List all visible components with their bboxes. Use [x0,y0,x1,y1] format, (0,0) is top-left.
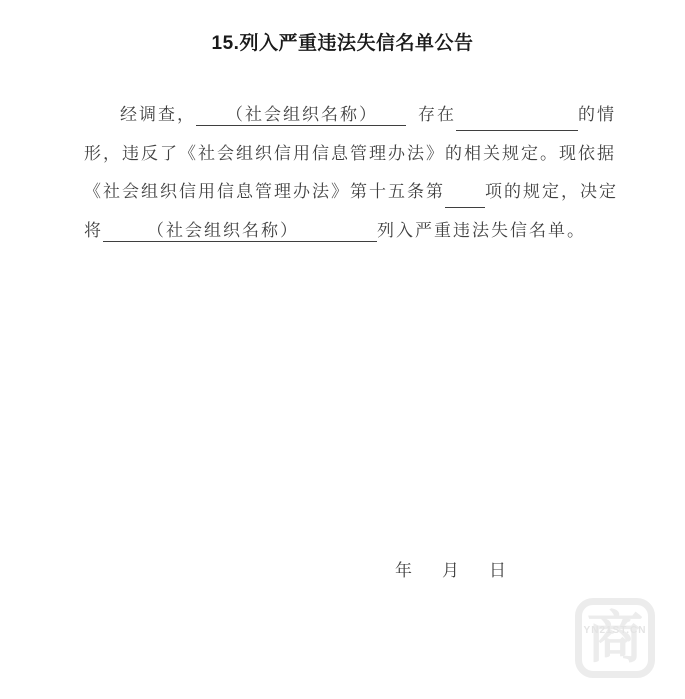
blank-underline-segment [196,118,226,120]
blank-underline-segment [299,234,377,236]
watermark-site-text: YN21ST.CN [582,625,648,636]
line3-tail-text: 项的规定，决定 [485,182,618,201]
blank-underline-segment [378,118,406,120]
year-label: 年 [395,556,414,581]
blank-underline-segment [445,200,485,202]
line2-text: 形，违反了《社会组织信用信息管理办法》的相关规定。现依据 [84,144,616,163]
clause-item-blank-field [445,187,485,208]
line3-lead-text: 《社会组织信用信息管理办法》第十五条第 [84,182,445,201]
org-name-blank-field-1: （社会组织名称） [196,105,406,126]
line1-tail-text: 的情 [578,105,616,124]
paragraph-line-1: 经调查，（社会组织名称）存在的情 [84,96,624,135]
month-label: 月 [442,556,461,581]
org-name-placeholder-1: （社会组织名称） [226,105,378,124]
document-page: 15.列入严重违法失信名单公告 经调查，（社会组织名称）存在的情 形，违反了《社… [0,0,685,699]
paragraph-line-2: 形，违反了《社会组织信用信息管理办法》的相关规定。现依据 [84,135,624,174]
org-name-blank-field-2: （社会组织名称） [103,221,377,242]
situation-blank-field [456,110,578,131]
document-title: 15.列入严重违法失信名单公告 [0,28,685,55]
line4-tail-text: 列入严重违法失信名单。 [377,221,586,240]
signature-date-line: 年 月 日 [395,556,508,581]
document-body: 经调查，（社会组织名称）存在的情 形，违反了《社会组织信用信息管理办法》的相关规… [84,96,624,250]
line4-lead-text: 将 [84,221,103,240]
paragraph-line-4: 将（社会组织名称）列入严重违法失信名单。 [84,212,624,251]
line1-lead-text: 经调查， [120,105,196,124]
line1-mid-text: 存在 [418,105,456,124]
org-name-placeholder-2: （社会组织名称） [147,221,299,240]
blank-underline-segment [456,123,578,125]
blank-underline-segment [103,234,147,236]
day-label: 日 [489,556,508,581]
watermark-shang-glyph-icon: 商 [582,605,648,671]
watermark-badge: 商 YN21ST.CN [575,598,655,678]
paragraph-line-3: 《社会组织信用信息管理办法》第十五条第项的规定，决定 [84,173,624,212]
